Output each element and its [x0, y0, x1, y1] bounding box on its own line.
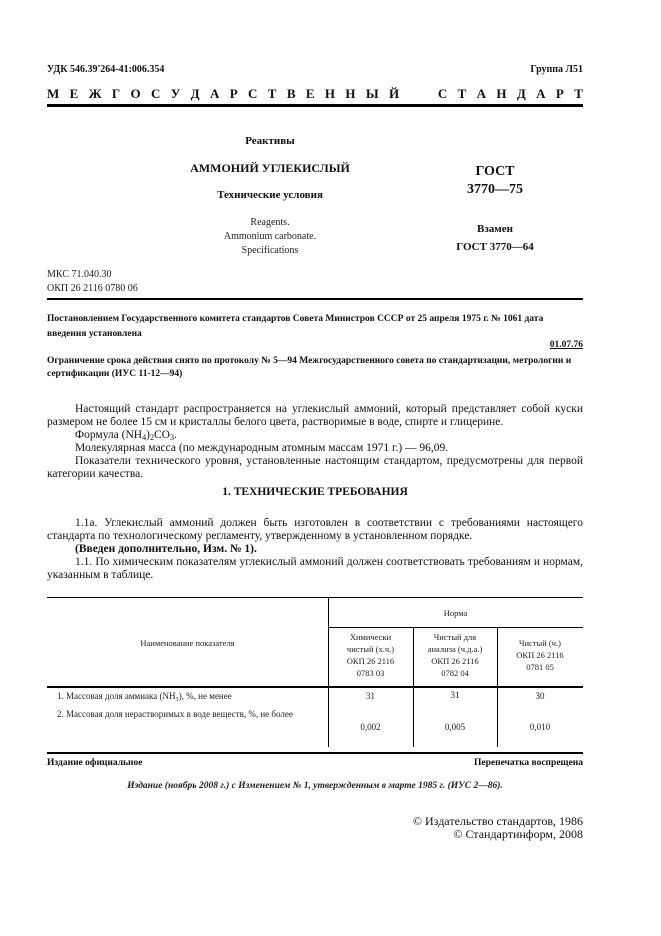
table-header-rule — [47, 686, 583, 688]
edition-note: Издание (ноябрь 2008 г.) с Изменением № … — [47, 781, 583, 791]
table-cell: 31 — [413, 689, 497, 701]
banner-letter: Н — [325, 86, 335, 102]
banner-letter: Е — [70, 86, 79, 102]
requirements-table: Наименование показателя Норма Химическич… — [47, 597, 583, 747]
banner-letter: Й — [389, 86, 399, 102]
quality-category-paragraph: Показатели технического уровня, установл… — [47, 455, 583, 481]
english-title-line: Specifications — [140, 244, 400, 258]
clause-1-1: 1.1. По химическим показателям углекислы… — [47, 556, 583, 582]
banner-letter: Т — [574, 86, 583, 102]
mks-code: МКС 71.040.30 — [47, 268, 138, 282]
banner-letter: О — [131, 86, 141, 102]
effective-date: 01.07.76 — [550, 340, 583, 350]
table-group-rule — [328, 627, 583, 628]
banner-letter: Ы — [366, 86, 379, 102]
group-code: Группа Л51 — [530, 64, 583, 75]
english-title: Reagents. Ammonium carbonate. Specificat… — [140, 216, 400, 258]
table-row-label: 2. Массовая доля нерастворимых в воде ве… — [47, 707, 325, 721]
banner-letter: Н — [496, 86, 506, 102]
spec-title: Технические условия — [140, 189, 400, 201]
banner-letter: Г — [112, 86, 120, 102]
banner-letter: Н — [345, 86, 355, 102]
scope-paragraph: Настоящий стандарт распространяется на у… — [47, 403, 583, 429]
table-cell: 31 — [328, 690, 413, 702]
banner-letter: Р — [556, 86, 564, 102]
gost-label: ГОСТ — [440, 163, 550, 181]
copyright-block: © Издательство стандартов, 1986 © Станда… — [413, 815, 583, 841]
title-block-rule — [47, 298, 583, 300]
table-cell: 0,002 — [328, 721, 413, 733]
banner-letter: Т — [268, 86, 277, 102]
table-column-header: Наименование показателя — [47, 637, 328, 649]
interstate-standard-banner: МЕЖГОСУДАРСТВЕННЫЙСТАНДАРТ — [47, 86, 583, 102]
copyright-line: © Стандартинформ, 2008 — [413, 828, 583, 841]
table-group-header: Норма — [328, 607, 583, 619]
gost-designation: ГОСТ 3770—75 — [440, 163, 550, 199]
official-edition-label: Издание официальное — [47, 758, 143, 768]
clause-1-1a: 1.1а. Углекислый аммоний должен быть изг… — [47, 517, 583, 543]
banner-letter: М — [47, 86, 59, 102]
banner-letter: А — [536, 86, 545, 102]
banner-letter: Е — [306, 86, 315, 102]
gost-number: 3770—75 — [440, 181, 550, 199]
table-cell: 0,005 — [413, 721, 497, 733]
banner-letter: А — [477, 86, 486, 102]
udk-code: УДК 546.39'264-41:006.354 — [47, 64, 164, 75]
banner-letter: Ж — [89, 86, 102, 102]
english-title-line: Ammonium carbonate. — [140, 230, 400, 244]
molecular-mass-paragraph: Молекулярная масса (по международным ато… — [47, 442, 583, 455]
formula-paragraph: Формула (NH4)2CO3. — [47, 429, 583, 442]
banner-letter: Т — [458, 86, 467, 102]
column-header-chemically-pure: Химическичистый (х.ч.)ОКП 26 21160783 03 — [328, 631, 413, 679]
no-reprint-label: Перепечатка воспрещена — [474, 758, 583, 768]
banner-letter: У — [171, 86, 181, 102]
banner-letter: С — [248, 86, 257, 102]
banner-letter: Р — [230, 86, 238, 102]
banner-letter: Д — [191, 86, 200, 102]
column-header-analytical-grade: Чистый дляанализа (ч.д.а.)ОКП 26 2116078… — [413, 631, 497, 679]
okp-code: ОКП 26 2116 0780 06 — [47, 282, 138, 296]
english-title-line: Reagents. — [140, 216, 400, 230]
amendment-note: (Введен дополнительно, Изм. № 1). — [47, 543, 583, 556]
classification-codes: МКС 71.040.30 ОКП 26 2116 0780 06 — [47, 268, 138, 296]
column-header-pure: Чистый (ч.)ОКП 26 21160781 05 — [497, 637, 583, 673]
banner-letter: С — [151, 86, 160, 102]
table-row-label: 1. Массовая доля аммиака (NH3), %, не ме… — [47, 689, 335, 703]
category-title: Реактивы — [140, 135, 400, 147]
product-title: АММОНИЙ УГЛЕКИСЛЫЙ — [140, 161, 400, 176]
replaces-label: Взамен — [440, 220, 550, 238]
banner-letter: А — [210, 86, 219, 102]
banner-letter: В — [287, 86, 296, 102]
table-cell: 0,010 — [497, 721, 583, 733]
footer-rule — [47, 752, 583, 754]
table-cell: 30 — [497, 690, 583, 702]
replaces-number: ГОСТ 3770—64 — [440, 238, 550, 256]
banner-letter: С — [438, 86, 447, 102]
limitation-text: Ограничение срока действия снято по прот… — [47, 355, 583, 381]
decree-text: Постановлением Государственного комитета… — [47, 312, 583, 342]
banner-letter: Д — [517, 86, 526, 102]
section-heading: 1. ТЕХНИЧЕСКИЕ ТРЕБОВАНИЯ — [47, 486, 583, 498]
replaces-block: Взамен ГОСТ 3770—64 — [440, 220, 550, 256]
header-rule — [47, 104, 583, 107]
table-top-rule — [47, 597, 583, 598]
